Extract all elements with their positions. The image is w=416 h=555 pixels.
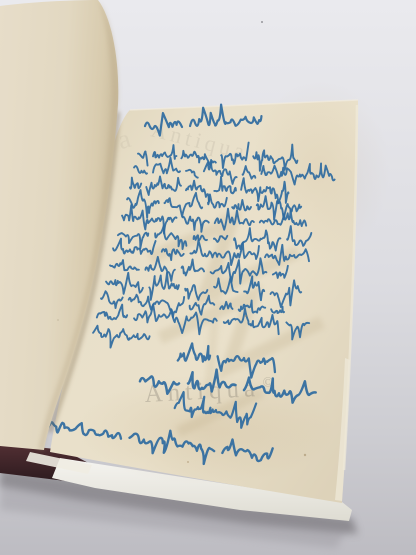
book-photograph: Antiqua© Antiqua Antiqua [0,0,416,555]
book-photo-scene: Antiqua© Antiqua Antiqua [0,0,416,555]
